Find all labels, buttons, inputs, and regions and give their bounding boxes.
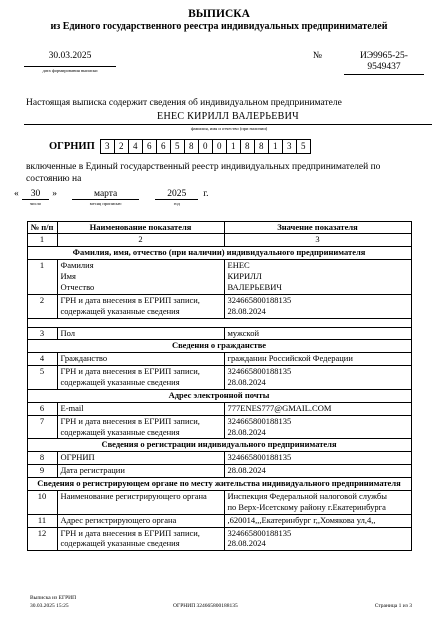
section-title: Фамилия, имя, отчество (при наличии) инд… bbox=[27, 247, 411, 260]
indicator-name: Гражданство bbox=[57, 353, 224, 366]
table-row: 11Адрес регистрирующего органа,620014,,,… bbox=[27, 514, 411, 527]
row-number: 10 bbox=[27, 490, 57, 514]
status-month-group: марта месяц прописью bbox=[72, 189, 139, 206]
ogrnip-digit-box: 3 bbox=[100, 139, 115, 154]
indicator-name: ГРН и дата внесения в ЕГРИП записи,содер… bbox=[57, 366, 224, 390]
indicator-value: 32466580018813528.08.2024 bbox=[224, 415, 411, 439]
row-number: 11 bbox=[27, 514, 57, 527]
row-number: 1 bbox=[27, 260, 57, 295]
indicator-name: Адрес регистрирующего органа bbox=[57, 514, 224, 527]
table-header-row: № п/пНаименование показателяЗначение пок… bbox=[27, 221, 411, 234]
footer-doc-type: Выписка из ЕГРИП bbox=[30, 595, 76, 601]
column-number: 2 bbox=[57, 234, 224, 247]
included-line2: состоянию на bbox=[26, 174, 81, 184]
indicator-value: 28.08.2024 bbox=[224, 465, 411, 478]
indicator-value: ЕНЕСКИРИЛЛВАЛЕРЬЕВИЧ bbox=[224, 260, 411, 295]
included-text: включенные в Единый государственный реес… bbox=[26, 161, 412, 186]
ogrnip-digit-box: 1 bbox=[226, 139, 241, 154]
row-number: 8 bbox=[27, 452, 57, 465]
document-number-line1: ИЭ9965-25- bbox=[360, 51, 408, 61]
indicator-name: ГРН и дата внесения в ЕГРИП записи,содер… bbox=[57, 415, 224, 439]
indicator-value: 32466580018813528.08.2024 bbox=[224, 366, 411, 390]
table-row: 4Гражданствогражданин Российской Федерац… bbox=[27, 353, 411, 366]
indicator-name: Наименование регистрирующего органа bbox=[57, 490, 224, 514]
document-number-line2: 9549437 bbox=[367, 62, 400, 72]
egrip-extract-page: ВЫПИСКА из Единого государственного реес… bbox=[0, 0, 438, 634]
document-subtitle: из Единого государственного реестра инди… bbox=[26, 21, 412, 32]
status-month-caption: месяц прописью bbox=[72, 200, 139, 206]
status-day-group: 30 число bbox=[22, 189, 50, 206]
ogrnip-digit-box: 6 bbox=[142, 139, 157, 154]
row-number: 7 bbox=[27, 415, 57, 439]
ogrnip-row: ОГРНИП 324665800188135 bbox=[49, 139, 412, 154]
footer-ogrnip: ОГРНИП 324665800188135 bbox=[173, 603, 238, 610]
table-row: 5ГРН и дата внесения в ЕГРИП записи,соде… bbox=[27, 366, 411, 390]
indicator-name: ОГРНИП bbox=[57, 452, 224, 465]
section-title: Сведения о регистрирующем органе по мест… bbox=[27, 478, 411, 491]
ogrnip-digit-box: 8 bbox=[240, 139, 255, 154]
formation-date-caption: дата формирования выписки bbox=[24, 67, 116, 73]
status-date-row: « 30 число » марта месяц прописью 2025 г… bbox=[13, 189, 412, 206]
section-row: Сведения о регистрации индивидуального п… bbox=[27, 439, 411, 452]
indicator-value: ,620014,,,Екатеринбург г,,Хомякова ул,4,… bbox=[224, 514, 411, 527]
number-sign: № bbox=[313, 51, 322, 61]
entrepreneur-name-caption: фамилия, имя и отчество (при наличии) bbox=[26, 125, 432, 131]
indicator-name: Пол bbox=[57, 327, 224, 340]
indicator-value: мужской bbox=[224, 327, 411, 340]
row-number: 5 bbox=[27, 366, 57, 390]
ogrnip-boxes: 324665800188135 bbox=[101, 139, 311, 154]
section-title: Сведения о регистрации индивидуального п… bbox=[27, 439, 411, 452]
document-title: ВЫПИСКА bbox=[26, 8, 412, 20]
row-number: 9 bbox=[27, 465, 57, 478]
row-number: 12 bbox=[27, 527, 57, 551]
ogrnip-label: ОГРНИП bbox=[49, 141, 95, 152]
section-row: Сведения о гражданстве bbox=[27, 340, 411, 353]
indicator-value: 324665800188135 bbox=[224, 452, 411, 465]
indicator-name: E-mail bbox=[57, 402, 224, 415]
status-day: 30 bbox=[22, 189, 50, 200]
section-row: Сведения о регистрирующем органе по мест… bbox=[27, 478, 411, 491]
column-number: 3 bbox=[224, 234, 411, 247]
status-day-caption: число bbox=[22, 200, 50, 206]
table-row: 6E-mail777ENES777@GMAIL.COM bbox=[27, 402, 411, 415]
ogrnip-digit-box: 6 bbox=[156, 139, 171, 154]
table-row: 7ГРН и дата внесения в ЕГРИП записи,соде… bbox=[27, 415, 411, 439]
header-meta-row: 30.03.2025 дата формирования выписки № И… bbox=[26, 51, 412, 75]
page-footer: Выписка из ЕГРИП 30.03.2025 15:25 ОГРНИП… bbox=[30, 595, 412, 610]
indicator-value: гражданин Российской Федерации bbox=[224, 353, 411, 366]
ogrnip-digit-box: 0 bbox=[212, 139, 227, 154]
section-row: Адрес электронной почты bbox=[27, 389, 411, 402]
status-year-group: 2025 год bbox=[155, 189, 198, 206]
ogrnip-digit-box: 8 bbox=[254, 139, 269, 154]
row-number: 4 bbox=[27, 353, 57, 366]
year-suffix: г. bbox=[203, 189, 208, 199]
indicator-value: Инспекция Федеральной налоговой службыпо… bbox=[224, 490, 411, 514]
footer-left: Выписка из ЕГРИП 30.03.2025 15:25 bbox=[30, 595, 76, 610]
formation-date-block: 30.03.2025 дата формирования выписки bbox=[24, 51, 116, 75]
table-row: 1ФамилияИмяОтчествоЕНЕСКИРИЛЛВАЛЕРЬЕВИЧ bbox=[27, 260, 411, 295]
footer-page-number: Страница 1 из 3 bbox=[375, 603, 412, 610]
row-number: 6 bbox=[27, 402, 57, 415]
column-number-row: 123 bbox=[27, 234, 411, 247]
table-row: 10Наименование регистрирующего органаИнс… bbox=[27, 490, 411, 514]
indicator-name: ГРН и дата внесения в ЕГРИП записи,содер… bbox=[57, 294, 224, 318]
indicator-name: ГРН и дата внесения в ЕГРИП записи,содер… bbox=[57, 527, 224, 551]
formation-date: 30.03.2025 bbox=[24, 51, 116, 67]
ogrnip-digit-box: 5 bbox=[170, 139, 185, 154]
indicator-value: 777ENES777@GMAIL.COM bbox=[224, 402, 411, 415]
indicator-name: ФамилияИмяОтчество bbox=[57, 260, 224, 295]
intro-text: Настоящая выписка содержит сведения об и… bbox=[26, 98, 412, 108]
spacer-row bbox=[27, 318, 411, 327]
indicator-name: Дата регистрации bbox=[57, 465, 224, 478]
table-row: 9Дата регистрации28.08.2024 bbox=[27, 465, 411, 478]
document-number: ИЭ9965-25- 9549437 bbox=[344, 51, 424, 75]
entrepreneur-name: ЕНЕС КИРИЛЛ ВАЛЕРЬЕВИЧ bbox=[24, 111, 432, 125]
section-row: Фамилия, имя, отчество (при наличии) инд… bbox=[27, 247, 411, 260]
indicator-value: 32466580018813528.08.2024 bbox=[224, 294, 411, 318]
indicator-value: 32466580018813528.08.2024 bbox=[224, 527, 411, 551]
table-row: 12ГРН и дата внесения в ЕГРИП записи,сод… bbox=[27, 527, 411, 551]
document-number-group: № ИЭ9965-25- 9549437 bbox=[313, 51, 424, 75]
ogrnip-digit-box: 4 bbox=[128, 139, 143, 154]
table-row: 3Полмужской bbox=[27, 327, 411, 340]
status-year: 2025 bbox=[155, 189, 198, 200]
footer-datetime: 30.03.2025 15:25 bbox=[30, 603, 69, 609]
open-quote: « bbox=[13, 189, 20, 199]
column-number: 1 bbox=[27, 234, 57, 247]
status-year-caption: год bbox=[155, 200, 198, 206]
ogrnip-digit-box: 5 bbox=[296, 139, 311, 154]
section-title: Сведения о гражданстве bbox=[27, 340, 411, 353]
row-number: 2 bbox=[27, 294, 57, 318]
main-table: № п/пНаименование показателяЗначение пок… bbox=[27, 221, 412, 552]
spacer-cell bbox=[27, 318, 411, 327]
ogrnip-digit-box: 1 bbox=[268, 139, 283, 154]
table-row: 8ОГРНИП324665800188135 bbox=[27, 452, 411, 465]
column-header: № п/п bbox=[27, 221, 57, 234]
ogrnip-digit-box: 2 bbox=[114, 139, 129, 154]
ogrnip-digit-box: 3 bbox=[282, 139, 297, 154]
column-header: Значение показателя bbox=[224, 221, 411, 234]
included-line1: включенные в Единый государственный реес… bbox=[26, 162, 380, 172]
ogrnip-digit-box: 8 bbox=[184, 139, 199, 154]
status-month: марта bbox=[72, 189, 139, 200]
ogrnip-digit-box: 0 bbox=[198, 139, 213, 154]
column-header: Наименование показателя bbox=[57, 221, 224, 234]
section-title: Адрес электронной почты bbox=[27, 389, 411, 402]
table-row: 2ГРН и дата внесения в ЕГРИП записи,соде… bbox=[27, 294, 411, 318]
row-number: 3 bbox=[27, 327, 57, 340]
close-quote: » bbox=[51, 189, 58, 199]
